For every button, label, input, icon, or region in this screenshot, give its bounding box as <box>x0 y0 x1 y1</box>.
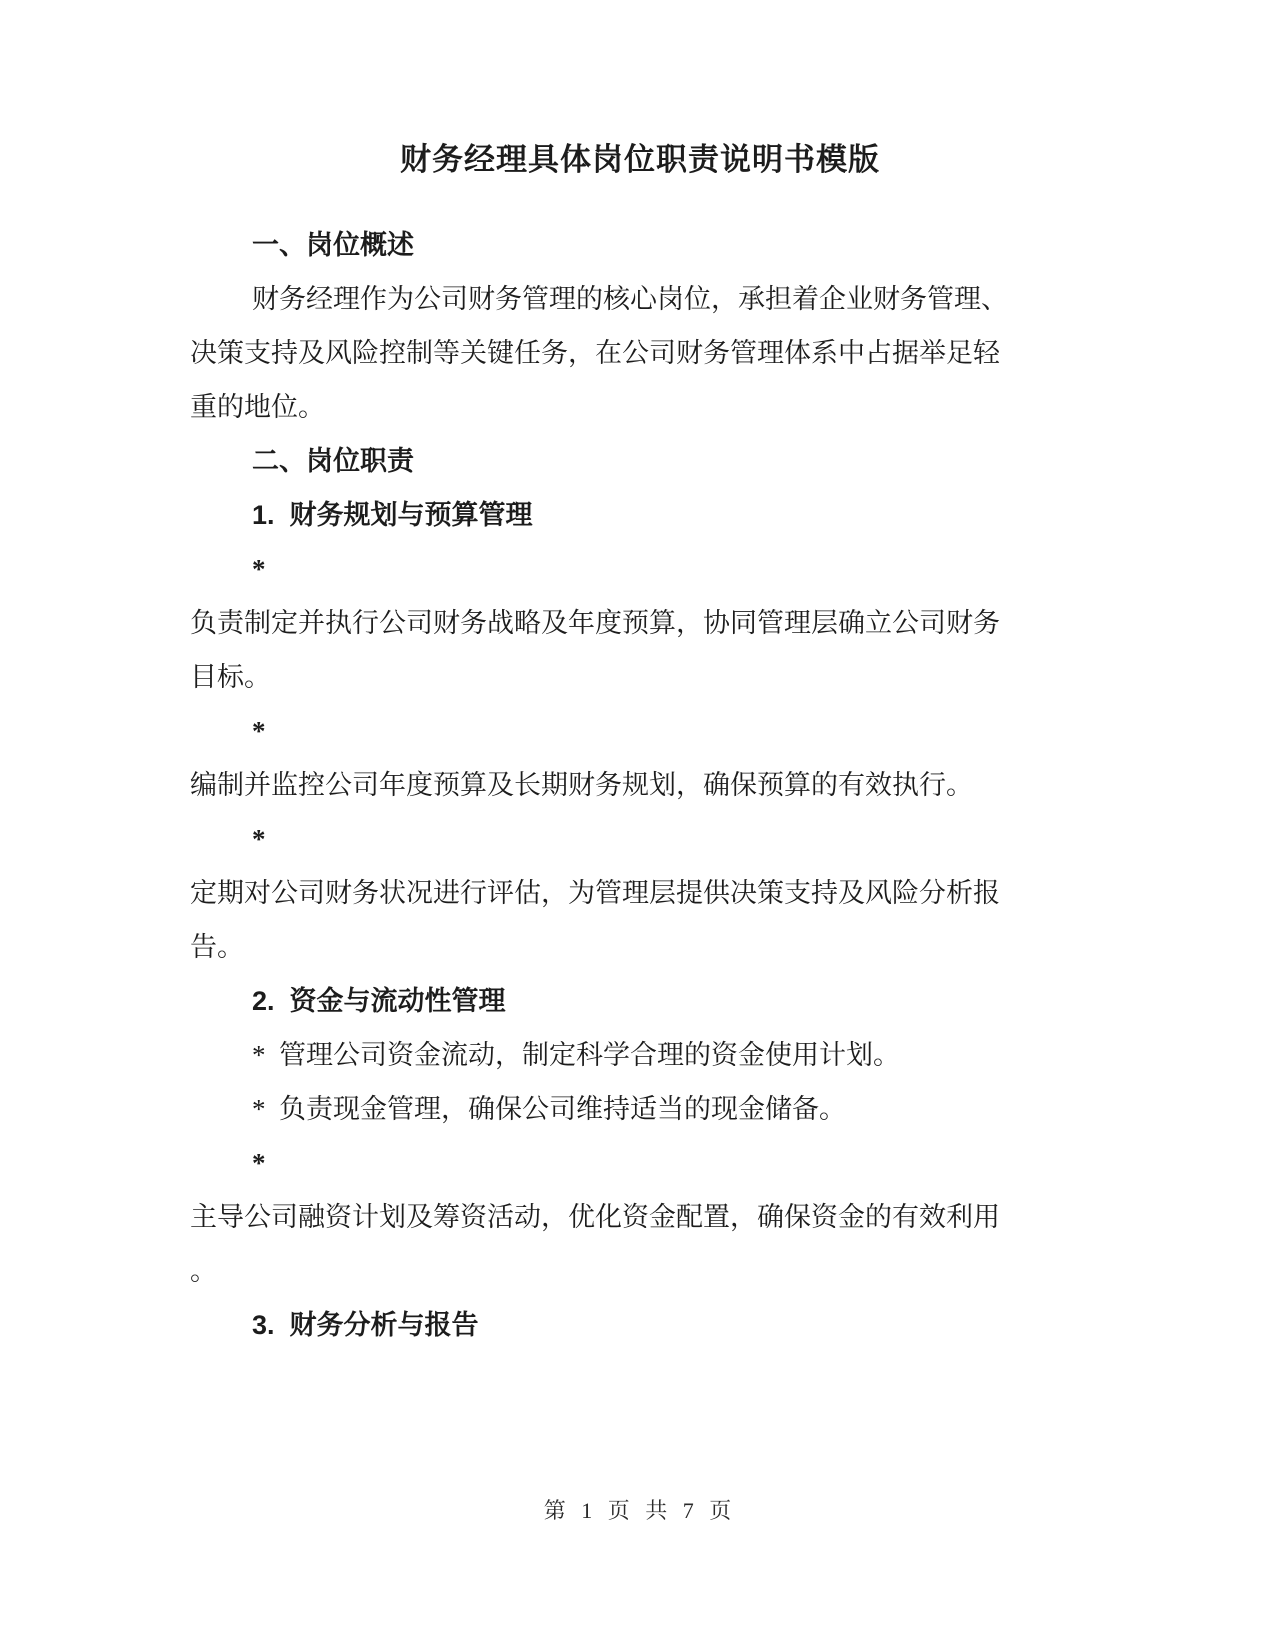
page-footer: 第 1 页 共 7 页 <box>190 1496 1090 1526</box>
paragraph-line: 定期对公司财务状况进行评估，为管理层提供决策支持及风险分析报 <box>190 866 1090 920</box>
paragraph-line: 。 <box>190 1244 1090 1298</box>
bullet-line: * 负责现金管理，确保公司维持适当的现金储备。 <box>190 1082 1090 1136</box>
paragraph-line: 目标。 <box>190 650 1090 704</box>
paragraph-line: 告。 <box>190 920 1090 974</box>
paragraph-line: 负责制定并执行公司财务战略及年度预算，协同管理层确立公司财务 <box>190 596 1090 650</box>
section-heading: 一、岗位概述 <box>190 218 1090 272</box>
document-body: 一、岗位概述财务经理作为公司财务管理的核心岗位，承担着企业财务管理、决策支持及风… <box>190 218 1090 1352</box>
paragraph-line: 决策支持及风险控制等关键任务，在公司财务管理体系中占据举足轻 <box>190 326 1090 380</box>
document-title: 财务经理具体岗位职责说明书模版 <box>190 138 1090 182</box>
paragraph-line: 财务经理作为公司财务管理的核心岗位，承担着企业财务管理、 <box>190 272 1090 326</box>
document-page: 财务经理具体岗位职责说明书模版 一、岗位概述财务经理作为公司财务管理的核心岗位，… <box>0 0 1275 1650</box>
subsection-heading: 3. 财务分析与报告 <box>190 1298 1090 1352</box>
bullet-marker: * <box>190 1136 1090 1190</box>
bullet-line: * 管理公司资金流动，制定科学合理的资金使用计划。 <box>190 1028 1090 1082</box>
paragraph-line: 重的地位。 <box>190 380 1090 434</box>
subsection-heading: 1. 财务规划与预算管理 <box>190 488 1090 542</box>
section-heading: 二、岗位职责 <box>190 434 1090 488</box>
paragraph-line: 主导公司融资计划及筹资活动，优化资金配置，确保资金的有效利用 <box>190 1190 1090 1244</box>
bullet-marker: * <box>190 704 1090 758</box>
bullet-marker: * <box>190 812 1090 866</box>
paragraph-line: 编制并监控公司年度预算及长期财务规划，确保预算的有效执行。 <box>190 758 1090 812</box>
subsection-heading: 2. 资金与流动性管理 <box>190 974 1090 1028</box>
bullet-marker: * <box>190 542 1090 596</box>
